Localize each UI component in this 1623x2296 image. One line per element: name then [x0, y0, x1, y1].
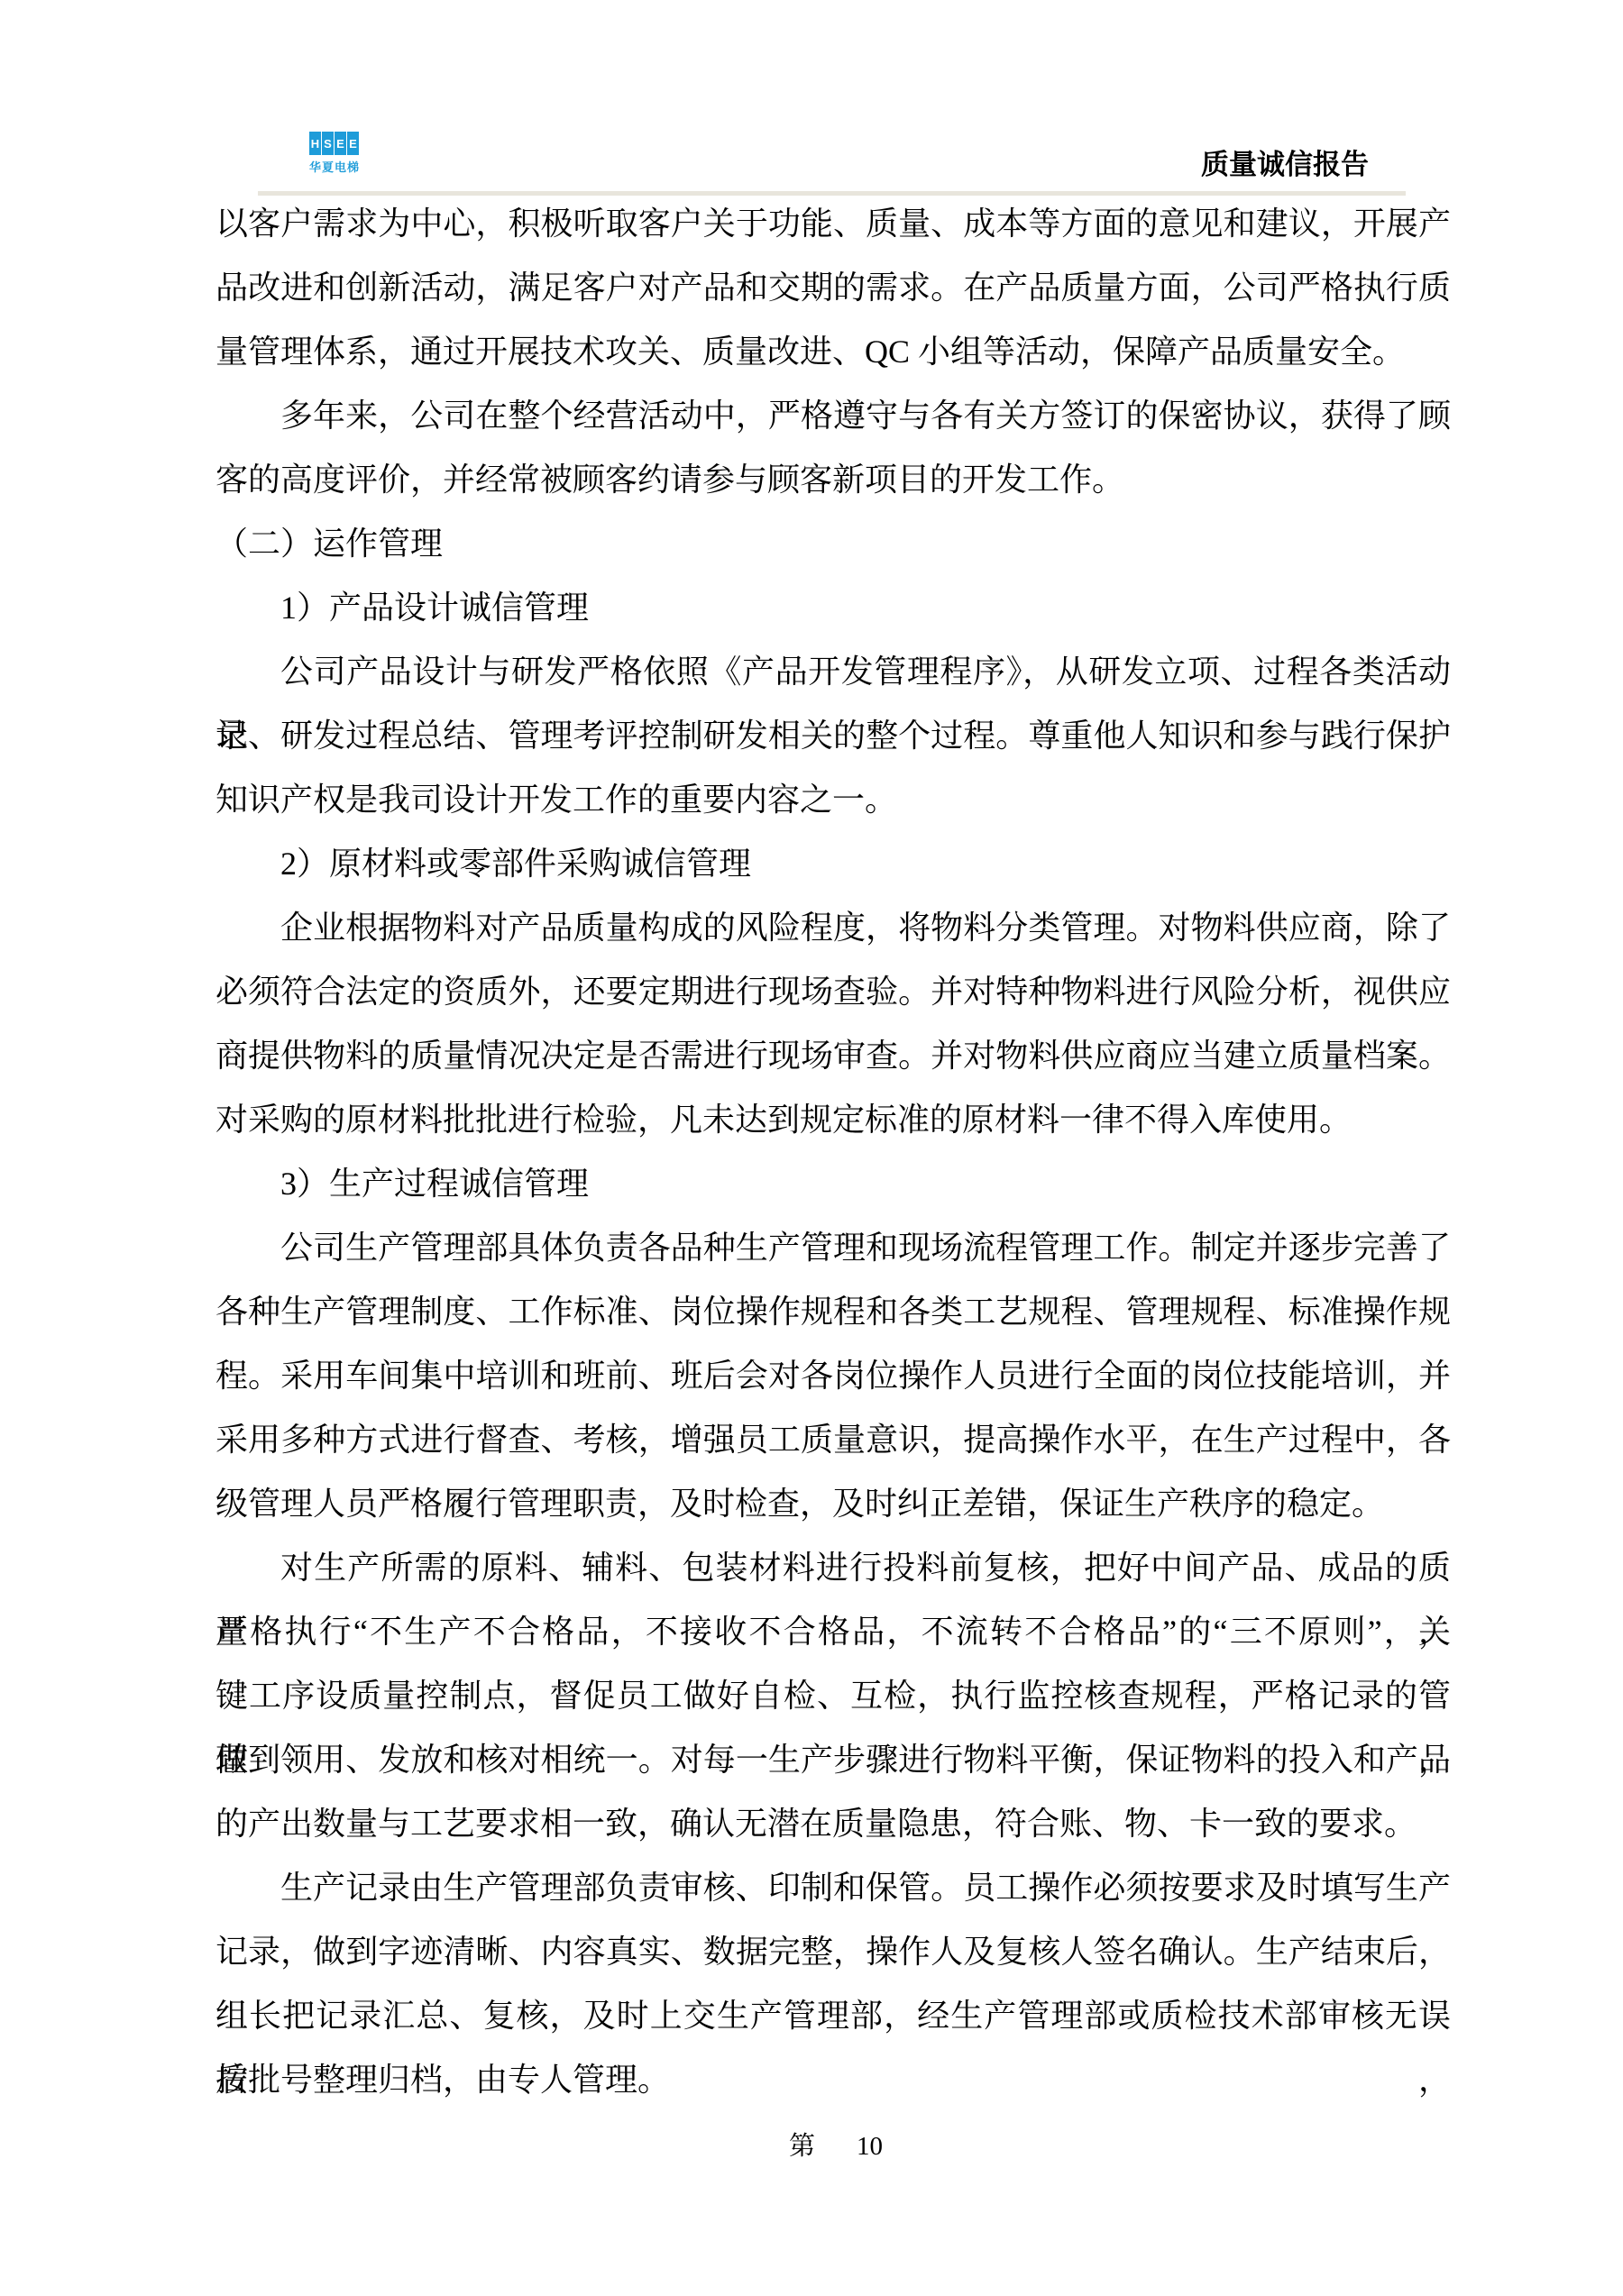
- body-line: 做到领用、发放和核对相统一。对每一生产步骤进行物料平衡，保证物料的投入和产品: [215, 1728, 1451, 1792]
- logo-letter: E: [347, 132, 359, 155]
- logo-subtitle: 华夏电梯: [309, 158, 359, 175]
- body-line: 生产记录由生产管理部负责审核、印制和保管。员工操作必须按要求及时填写生产: [215, 1856, 1451, 1920]
- paragraph: 企业根据物料对产品质量构成的风险程度，将物料分类管理。对物料供应商，除了必须符合…: [215, 896, 1451, 1152]
- body-line: 以客户需求为中心，积极听取客户关于功能、质量、成本等方面的意见和建议，开展产: [215, 192, 1451, 256]
- body-line: 2）原材料或零部件采购诚信管理: [215, 832, 1451, 896]
- company-logo: HSEE 华夏电梯: [309, 132, 359, 175]
- footer-prefix: 第: [789, 2132, 815, 2161]
- body-line: 组长把记录汇总、复核，及时上交生产管理部，经生产管理部或质检技术部审核无误后，: [215, 1984, 1451, 2048]
- body-line: 对采购的原材料批批进行检验，凡未达到规定标准的原材料一律不得入库使用。: [215, 1088, 1451, 1152]
- body-line: 的产出数量与工艺要求相一致，确认无潜在质量隐患，符合账、物、卡一致的要求。: [215, 1792, 1451, 1856]
- paragraph: 公司产品设计与研发严格依照《产品开发管理程序》，从研发立项、过程各类活动记录、研…: [215, 640, 1451, 832]
- paragraph: 公司生产管理部具体负责各品种生产管理和现场流程管理工作。制定并逐步完善了各种生产…: [215, 1216, 1451, 1536]
- footer-page-number: 10: [857, 2132, 883, 2161]
- body-line: 客的高度评价，并经常被顾客约请参与顾客新项目的开发工作。: [215, 448, 1451, 512]
- logo-letter: S: [322, 132, 334, 155]
- body-line: 录、研发过程总结、管理考评控制研发相关的整个过程。尊重他人知识和参与践行保护: [215, 704, 1451, 768]
- body-line: 商提供物料的质量情况决定是否需进行现场审查。并对物料供应商应当建立质量档案。: [215, 1024, 1451, 1088]
- body-line: 严格执行“不生产不合格品，不接收不合格品，不流转不合格品”的“三不原则”，关: [215, 1600, 1451, 1664]
- paragraph: 3）生产过程诚信管理: [215, 1152, 1451, 1216]
- body-line: 3）生产过程诚信管理: [215, 1152, 1451, 1216]
- body-line: 键工序设质量控制点，督促员工做好自检、互检，执行监控核查规程，严格记录的管理，: [215, 1664, 1451, 1728]
- paragraph: 2）原材料或零部件采购诚信管理: [215, 832, 1451, 896]
- body-line: （二）运作管理: [215, 512, 1451, 576]
- page-header-title: 质量诚信报告: [1201, 149, 1369, 181]
- body-text: 以客户需求为中心，积极听取客户关于功能、质量、成本等方面的意见和建议，开展产品改…: [215, 192, 1451, 2112]
- logo-letter: H: [309, 132, 321, 155]
- body-line: 公司产品设计与研发严格依照《产品开发管理程序》，从研发立项、过程各类活动记: [215, 640, 1451, 704]
- body-line: 量管理体系，通过开展技术攻关、质量改进、QC 小组等活动，保障产品质量安全。: [215, 320, 1451, 384]
- body-line: 程。采用车间集中培训和班前、班后会对各岗位操作人员进行全面的岗位技能培训，并: [215, 1344, 1451, 1408]
- body-line: 1）产品设计诚信管理: [215, 576, 1451, 640]
- body-line: 多年来，公司在整个经营活动中，严格遵守与各有关方签订的保密协议，获得了顾: [215, 384, 1451, 448]
- paragraph: 对生产所需的原料、辅料、包装材料进行投料前复核，把好中间产品、成品的质量，严格执…: [215, 1536, 1451, 1856]
- body-line: 企业根据物料对产品质量构成的风险程度，将物料分类管理。对物料供应商，除了: [215, 896, 1451, 960]
- body-line: 公司生产管理部具体负责各品种生产管理和现场流程管理工作。制定并逐步完善了: [215, 1216, 1451, 1280]
- body-line: 采用多种方式进行督查、考核，增强员工质量意识，提高操作水平，在生产过程中，各: [215, 1408, 1451, 1472]
- paragraph: 以客户需求为中心，积极听取客户关于功能、质量、成本等方面的意见和建议，开展产品改…: [215, 192, 1451, 384]
- body-line: 各种生产管理制度、工作标准、岗位操作规程和各类工艺规程、管理规程、标准操作规: [215, 1280, 1451, 1344]
- page-footer: 第10: [789, 2131, 883, 2162]
- logo-letter: E: [335, 132, 346, 155]
- body-line: 级管理人员严格履行管理职责，及时检查，及时纠正差错，保证生产秩序的稳定。: [215, 1472, 1451, 1536]
- paragraph: 生产记录由生产管理部负责审核、印制和保管。员工操作必须按要求及时填写生产记录，做…: [215, 1856, 1451, 2112]
- paragraph: 1）产品设计诚信管理: [215, 576, 1451, 640]
- paragraph: 多年来，公司在整个经营活动中，严格遵守与各有关方签订的保密协议，获得了顾客的高度…: [215, 384, 1451, 512]
- document-page: HSEE 华夏电梯 质量诚信报告 以客户需求为中心，积极听取客户关于功能、质量、…: [0, 0, 1623, 2296]
- body-line: 记录，做到字迹清晰、内容真实、数据完整，操作人及复核人签名确认。生产结束后，: [215, 1920, 1451, 1984]
- paragraph: （二）运作管理: [215, 512, 1451, 576]
- body-line: 必须符合法定的资质外，还要定期进行现场查验。并对特种物料进行风险分析，视供应: [215, 960, 1451, 1024]
- body-line: 品改进和创新活动，满足客户对产品和交期的需求。在产品质量方面，公司严格执行质: [215, 256, 1451, 320]
- body-line: 对生产所需的原料、辅料、包装材料进行投料前复核，把好中间产品、成品的质量，: [215, 1536, 1451, 1600]
- body-line: 知识产权是我司设计开发工作的重要内容之一。: [215, 768, 1451, 832]
- logo-hsee-mark: HSEE: [309, 132, 359, 155]
